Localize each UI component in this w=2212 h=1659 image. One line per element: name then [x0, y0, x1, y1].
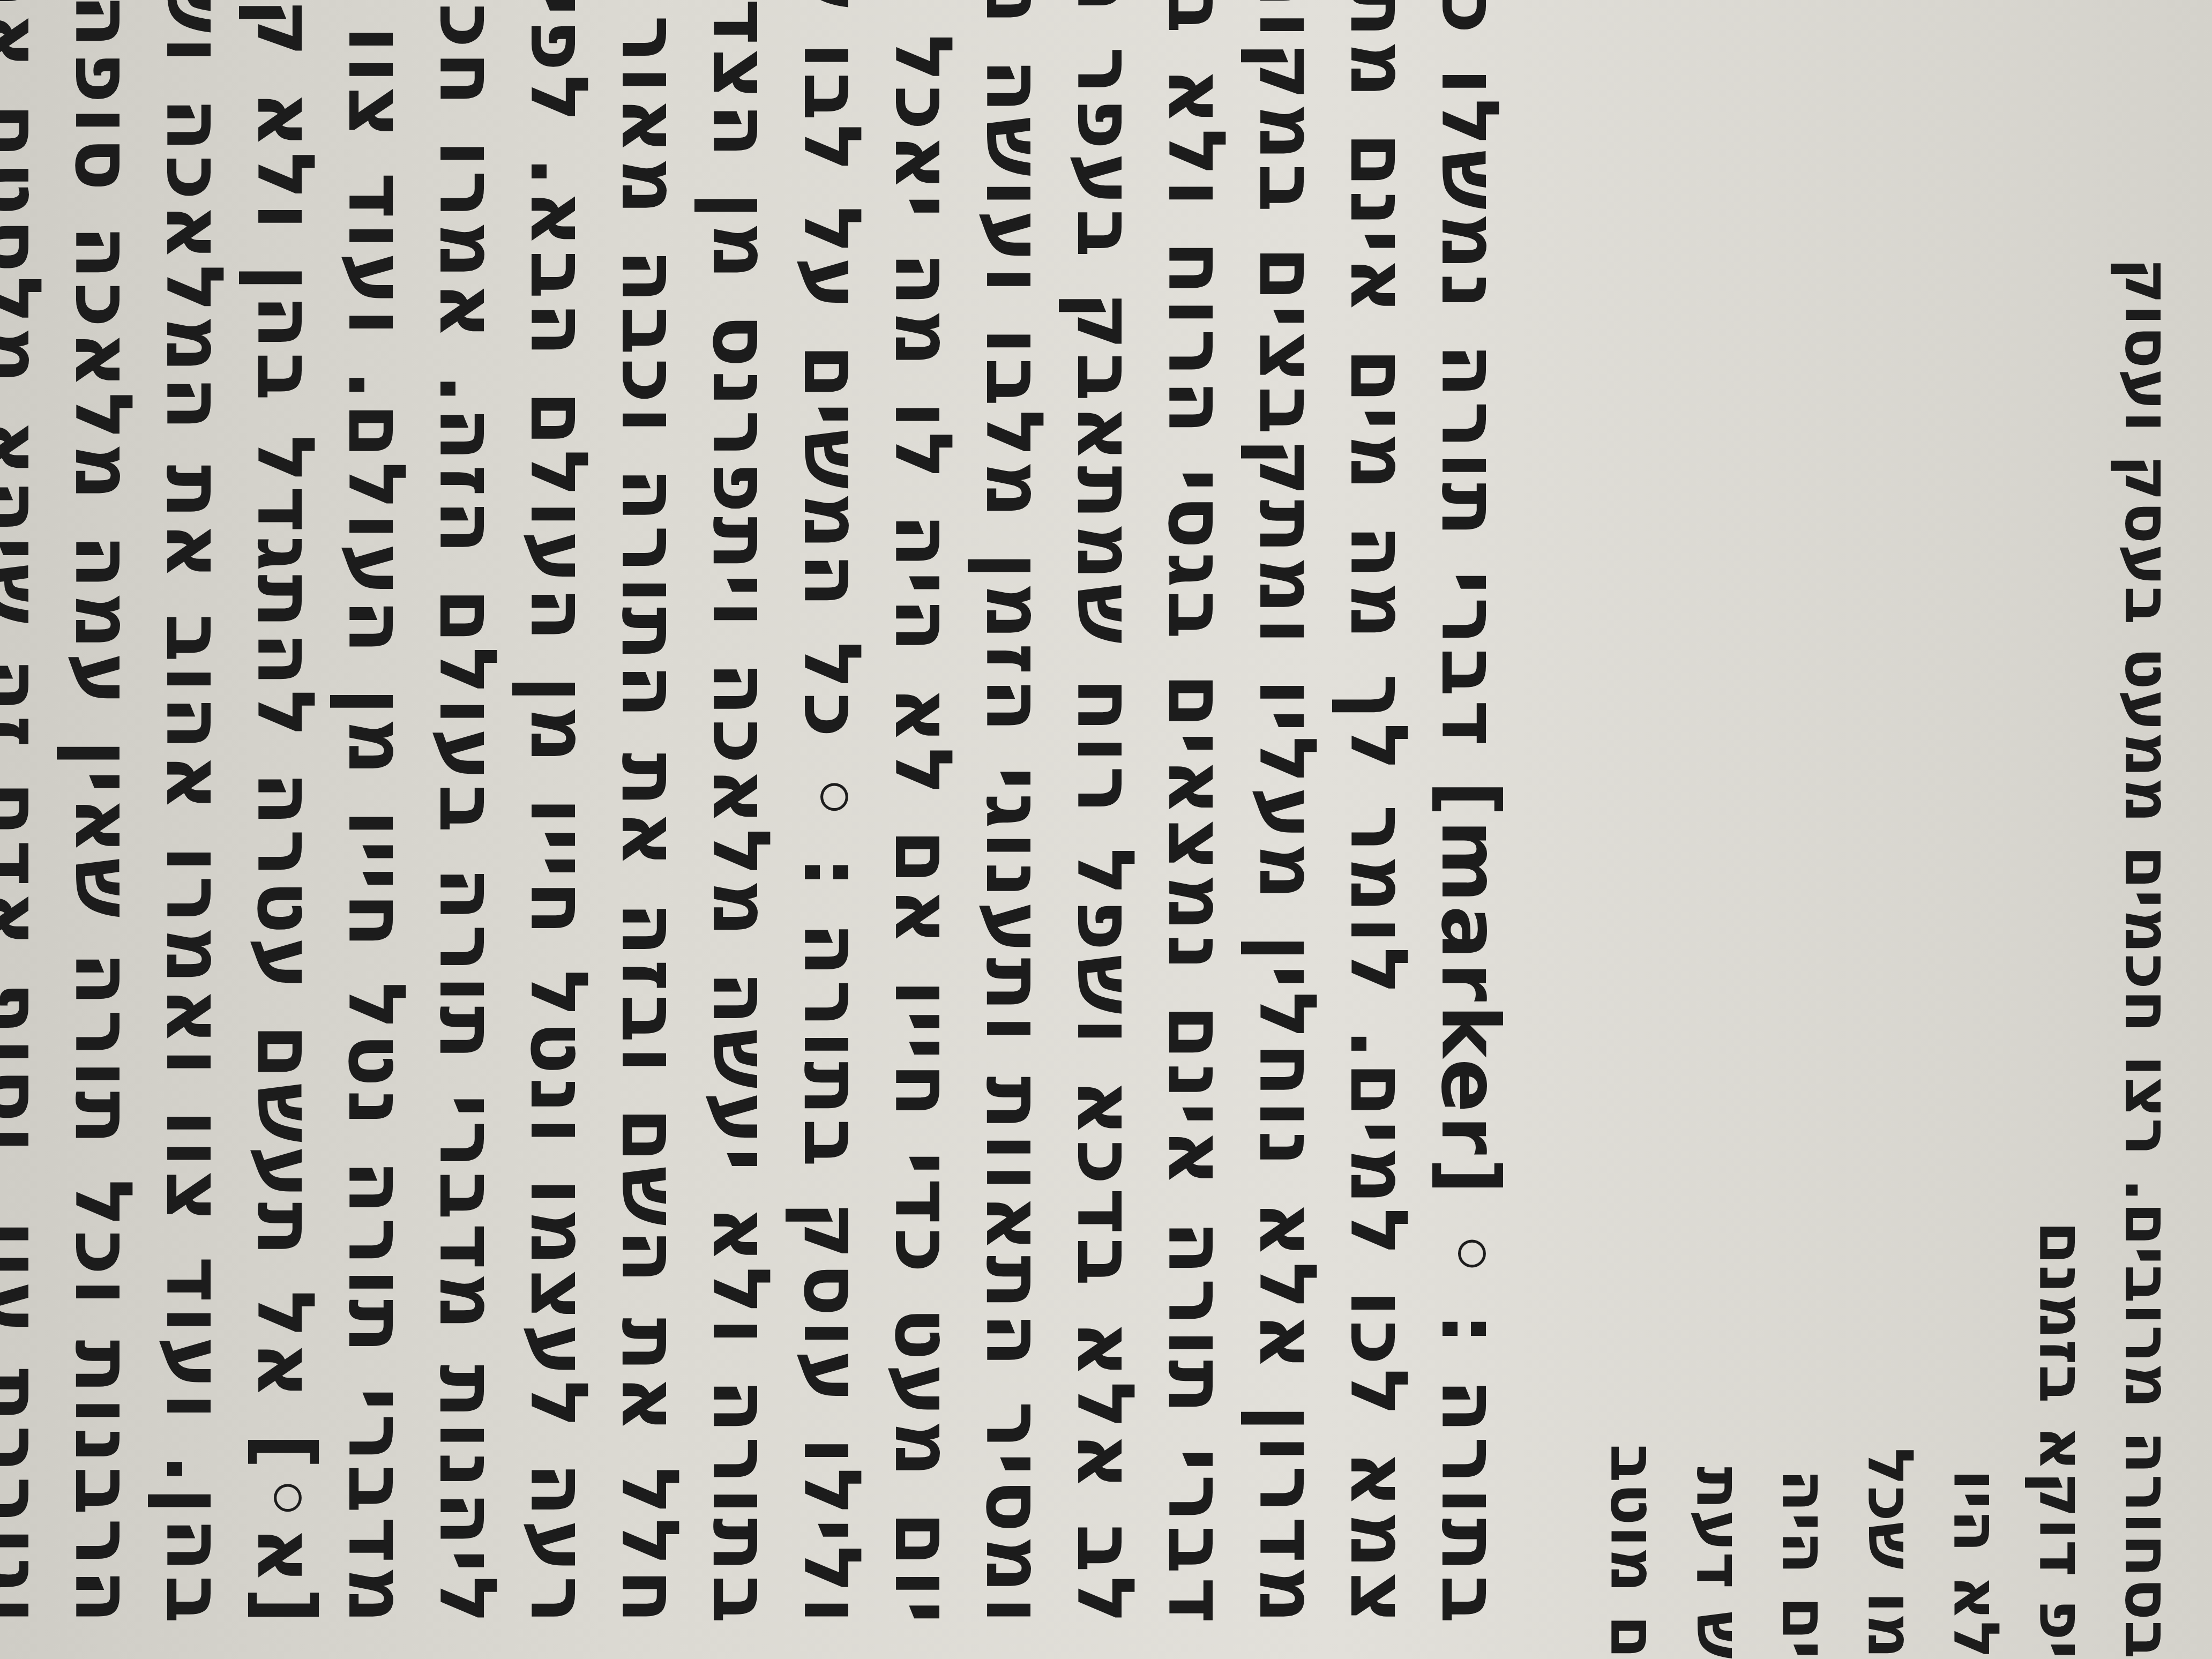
main-text-line: ולילו עוסק בתורה : ◦ כל המשים על לבו שיע…: [787, 0, 878, 1627]
main-text-line: רעה לעצמו ונטל חייו מן העולם הבא. לפי שא…: [513, 0, 604, 1627]
commentary-line: ש דעת: [1676, 0, 1762, 1659]
main-text-line: יום מעט כדי חייו אם לא היה לו מה יאכל וש…: [878, 0, 969, 1627]
commentary-line: ים היה: [1762, 0, 1848, 1659]
commentary-line: יפ דוקא בזמנם: [2019, 0, 2105, 1659]
top-commentary-block: בסחורה מרובים. רצו חכמים ממעט בעסק ועסוק…: [1569, 0, 2191, 1659]
main-text-line: הרבנות וכל תורה שאין עמה מלאכה סופה בטיל…: [58, 0, 149, 1627]
main-text-line: ליהנות מדברי תורה בעולם הזה. אמרו חכמים …: [422, 0, 513, 1627]
commentary-line: לא היו: [1933, 0, 2019, 1659]
main-text-line: חלל את השם ובזה את התורה וכבה מאור הדת ו…: [604, 0, 696, 1627]
commentary-line: בסחורה מרובים. רצו חכמים ממעט בעסק ועסוק: [2105, 0, 2191, 1659]
commentary-line: מו שכל: [1848, 0, 1933, 1659]
main-text-block: בתורה : ◦ [marker] דברי תורה נמשלו כמים …: [15, 0, 1515, 1627]
main-text-line: לב אלא בדכא ושפל רוח שמתאבק בעפר רגלי הח…: [1060, 0, 1151, 1627]
main-text-line: ומסיר התאוות ותענוגי הזמן מלבו ועושה מלא…: [969, 0, 1060, 1627]
main-text-line: וגוררת עון. וסוף אדם זה שיהא מלסטם את הב…: [0, 0, 58, 1627]
main-text-line: מדרון אלא נוחלין מעליו ומתקבצים במקום אש…: [1242, 0, 1333, 1627]
main-text-line: מדברי תורה נטל חייו מן העולם. ועוד צוו ו…: [331, 0, 422, 1627]
main-text-line: בתורה ולא יעשה מלאכה ויתפרנס מן הצדקה הר…: [696, 0, 787, 1627]
main-text-line: בתורה : ◦ [marker] דברי תורה נמשלו כמים …: [1424, 0, 1515, 1627]
main-text-line: דברי תורה אינם נמצאים בגסי הרוח ולא בלב …: [1151, 0, 1242, 1627]
main-text-line: [א◦] אל תעשם עטרה להתגדל בהן ולא קרדום ל…: [240, 0, 331, 1627]
main-text-line: צמא לכו למים. לומר לך מה מים אינם מתכנסי…: [1333, 0, 1424, 1627]
hebrew-book-page: בסחורה מרובים. רצו חכמים ממעט בעסק ועסוק…: [0, 0, 2212, 1659]
commentary-line: ם מוטב: [1590, 0, 1676, 1659]
book-page-photo: בסחורה מרובים. רצו חכמים ממעט בעסק ועסוק…: [0, 0, 2212, 1659]
main-text-line: בהן. ועוד צוו ואמרו אהוב את המלאכה ושנא …: [149, 0, 240, 1627]
